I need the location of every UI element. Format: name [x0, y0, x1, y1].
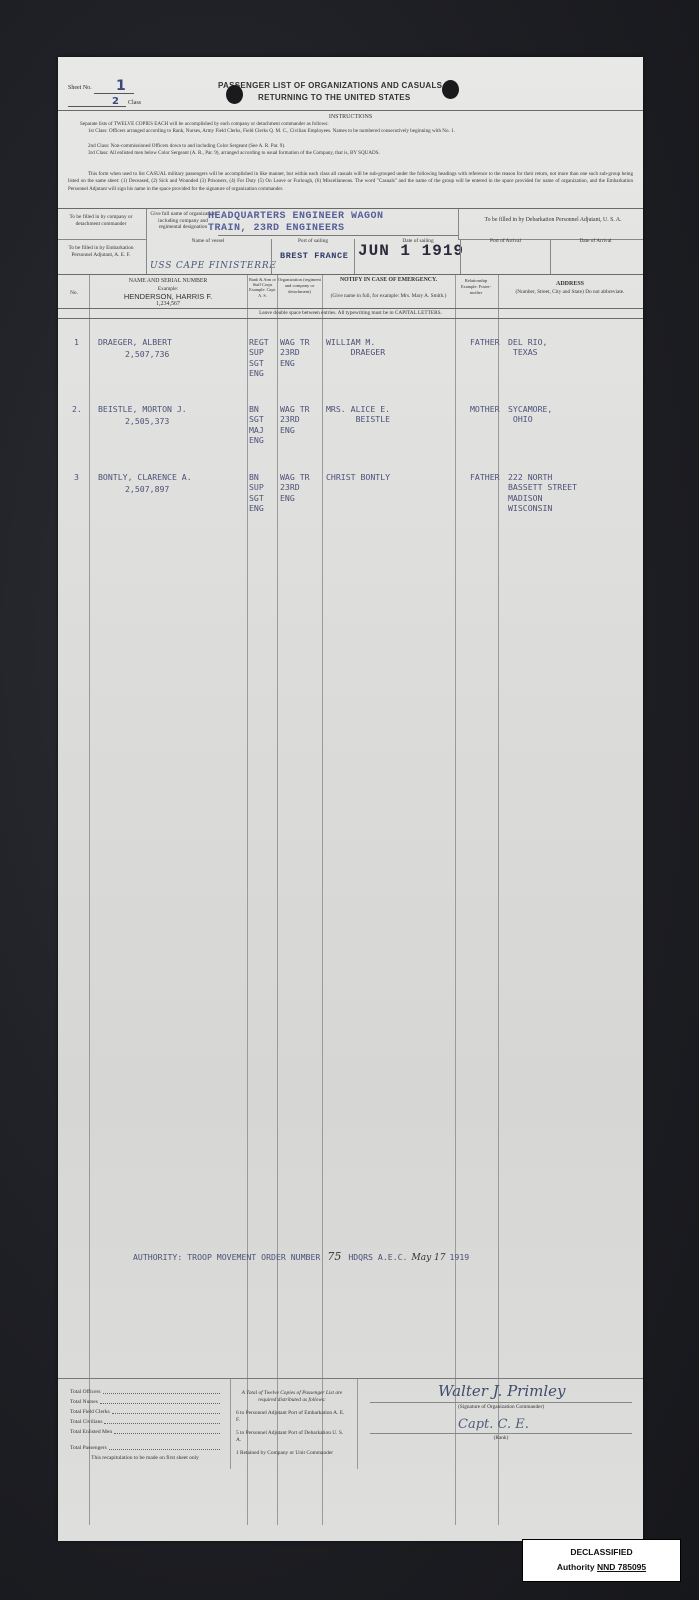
port-sailing-label: Port of sailing [273, 238, 353, 245]
entry-rank: BN SUP SGT ENG [249, 472, 264, 513]
entry-notify: MRS. ALICE E. BEISTLE [326, 404, 390, 425]
declassified-stamp: DECLASSIFIED Authority NND 785095 [522, 1539, 681, 1582]
title-line-2: RETURNING TO THE UNITED STATES [258, 93, 411, 102]
org-name-line-2: TRAIN, 23RD ENGINEERS [208, 223, 345, 234]
company-fill-label: To be filled in by company or detachment… [62, 214, 140, 227]
entry-serial: 2,507,736 [125, 349, 169, 359]
total-row: Total Enlisted Men [70, 1425, 220, 1435]
entry-address: SYCAMORE, OHIO [508, 404, 552, 425]
rank-label: (Rank) [370, 1435, 632, 1442]
class-label: Class [128, 100, 141, 106]
authority-line: AUTHORITY: TROOP MOVEMENT ORDER NUMBER 7… [133, 1247, 469, 1265]
sheet-no-value: 1 [116, 78, 126, 94]
port-arrival-label: Port of Arrival [463, 238, 548, 245]
col-name-header: NAME AND SERIAL NUMBER [89, 278, 247, 285]
entry-notify: CHRIST BONTLY [326, 472, 390, 482]
col-rank-header: Rank & Arm or Staff Corps Example: Capt.… [248, 277, 277, 298]
distribution-line-1: 6 to Personnel Adjutant Port of Embarkat… [236, 1410, 348, 1424]
distribution-line-3: 1 Retained by Company or Unit Commander [236, 1450, 348, 1457]
entry-address: 222 NORTH BASSETT STREET MADISON WISCONS… [508, 472, 577, 513]
entry-name: BONTLY, CLARENCE A. [98, 472, 192, 482]
debark-fill-label: To be filled in by Debarkation Personnel… [468, 215, 638, 225]
col-notify-header: NOTIFY IN CASE OF EMERGENCY. [326, 277, 451, 284]
col-address-header: ADDRESS [500, 281, 640, 288]
distribution-line-2: 5 to Personnel Adjutant Port of Debarkat… [236, 1430, 348, 1444]
totals-block: Total Officers Total Nurses Total Field … [70, 1385, 220, 1462]
authority-text: AUTHORITY: TROOP MOVEMENT ORDER NUMBER [133, 1252, 320, 1262]
instructions-casual: This form when used to list CASUAL milit… [68, 171, 633, 193]
date-sailing-value: JUN 1 1919 [358, 242, 464, 260]
entry-org: WAG TR 23RD ENG [280, 404, 310, 435]
col-no-header: No. [60, 290, 88, 297]
entry-relationship: FATHER [470, 472, 500, 482]
declassified-code: NND 785095 [597, 1562, 646, 1572]
authority-year: 1919 [449, 1252, 469, 1262]
punch-hole-left [226, 85, 243, 104]
total-row: Total Officers [70, 1385, 220, 1395]
instructions-class-3: 3rd Class: All enlisted men below Color … [68, 150, 633, 157]
col-address-note: (Number, Street, City and State) Do not … [500, 289, 640, 296]
entry-no: 2. [72, 404, 82, 414]
punch-hole-right [442, 80, 459, 99]
entry-address: DEL RIO, TEXAS [508, 337, 547, 358]
entry-relationship: MOTHER [470, 404, 500, 414]
spacing-note: Leave double space between entries. All … [58, 310, 643, 317]
col-notify-note: (Give name in full, for example: Mrs. Ma… [326, 293, 451, 300]
total-row: Total Passengers [70, 1435, 220, 1451]
entry-relationship: FATHER [470, 337, 500, 347]
entry-name: DRAEGER, ALBERT [98, 337, 172, 347]
org-name-line-1: HEADQUARTERS ENGINEER WAGON [208, 211, 384, 222]
total-row: Total Nurses [70, 1395, 220, 1405]
declassified-authority: Authority NND 785095 [523, 1562, 680, 1572]
commander-rank: Capt. C. E. [458, 1417, 529, 1432]
total-row: Total Civilians [70, 1415, 220, 1425]
entry-name: BEISTLE, MORTON J. [98, 404, 187, 414]
entry-serial: 2,505,373 [125, 416, 169, 426]
entry-rank: REGT SUP SGT ENG [249, 337, 269, 378]
date-arrival-label: Date of Arrival [553, 238, 638, 245]
port-sailing-value: BREST FRANCE [280, 251, 348, 261]
entry-notify: WILLIAM M. DRAEGER [326, 337, 385, 358]
entry-rank: BN SGT MAJ ENG [249, 404, 264, 445]
entry-no: 1 [74, 337, 79, 347]
vessel-value: USS CAPE FINISTERRE [150, 261, 277, 271]
authority-date-hand: May 17 [411, 1253, 445, 1263]
entry-org: WAG TR 23RD ENG [280, 337, 310, 368]
passenger-list-document: Sheet No. 1 2 Class PASSENGER LIST OF OR… [58, 57, 643, 1541]
col-relationship-header: Relationship Example: Foster-mother [456, 278, 496, 295]
col-name-example-serial: 1,234,567 [89, 301, 247, 308]
instructions-class-1: 1st Class: Officers arranged according t… [68, 128, 633, 135]
commander-signature: Walter J. Primley [438, 1382, 566, 1400]
sheet-no-label: Sheet No. [68, 85, 92, 91]
signature-label: (Signature of Organization Commander) [370, 1404, 632, 1411]
distribution-block: A Total of Twelve Copies of Passenger Li… [236, 1390, 348, 1457]
col-name-example: HENDERSON, HARRIS F. [89, 292, 247, 301]
authority-order-number: 75 [327, 1250, 341, 1263]
col-org-header: Organization (regiment and company or de… [278, 277, 321, 295]
totals-note: This recapitulation to be made on first … [70, 1455, 220, 1462]
embark-fill-label: To be filled in by Embarkation Personnel… [62, 245, 140, 258]
entry-org: WAG TR 23RD ENG [280, 472, 310, 503]
total-row: Total Field Clerks [70, 1405, 220, 1415]
vessel-label: Name of vessel [153, 238, 263, 245]
authority-hq: HDQRS A.E.C. [348, 1252, 407, 1262]
title-line-1: PASSENGER LIST OF ORGANIZATIONS AND CASU… [218, 81, 442, 90]
entry-no: 3 [74, 472, 79, 482]
entry-serial: 2,507,897 [125, 484, 169, 494]
declassified-title: DECLASSIFIED [523, 1547, 680, 1557]
distribution-heading: A Total of Twelve Copies of Passenger Li… [236, 1390, 348, 1404]
